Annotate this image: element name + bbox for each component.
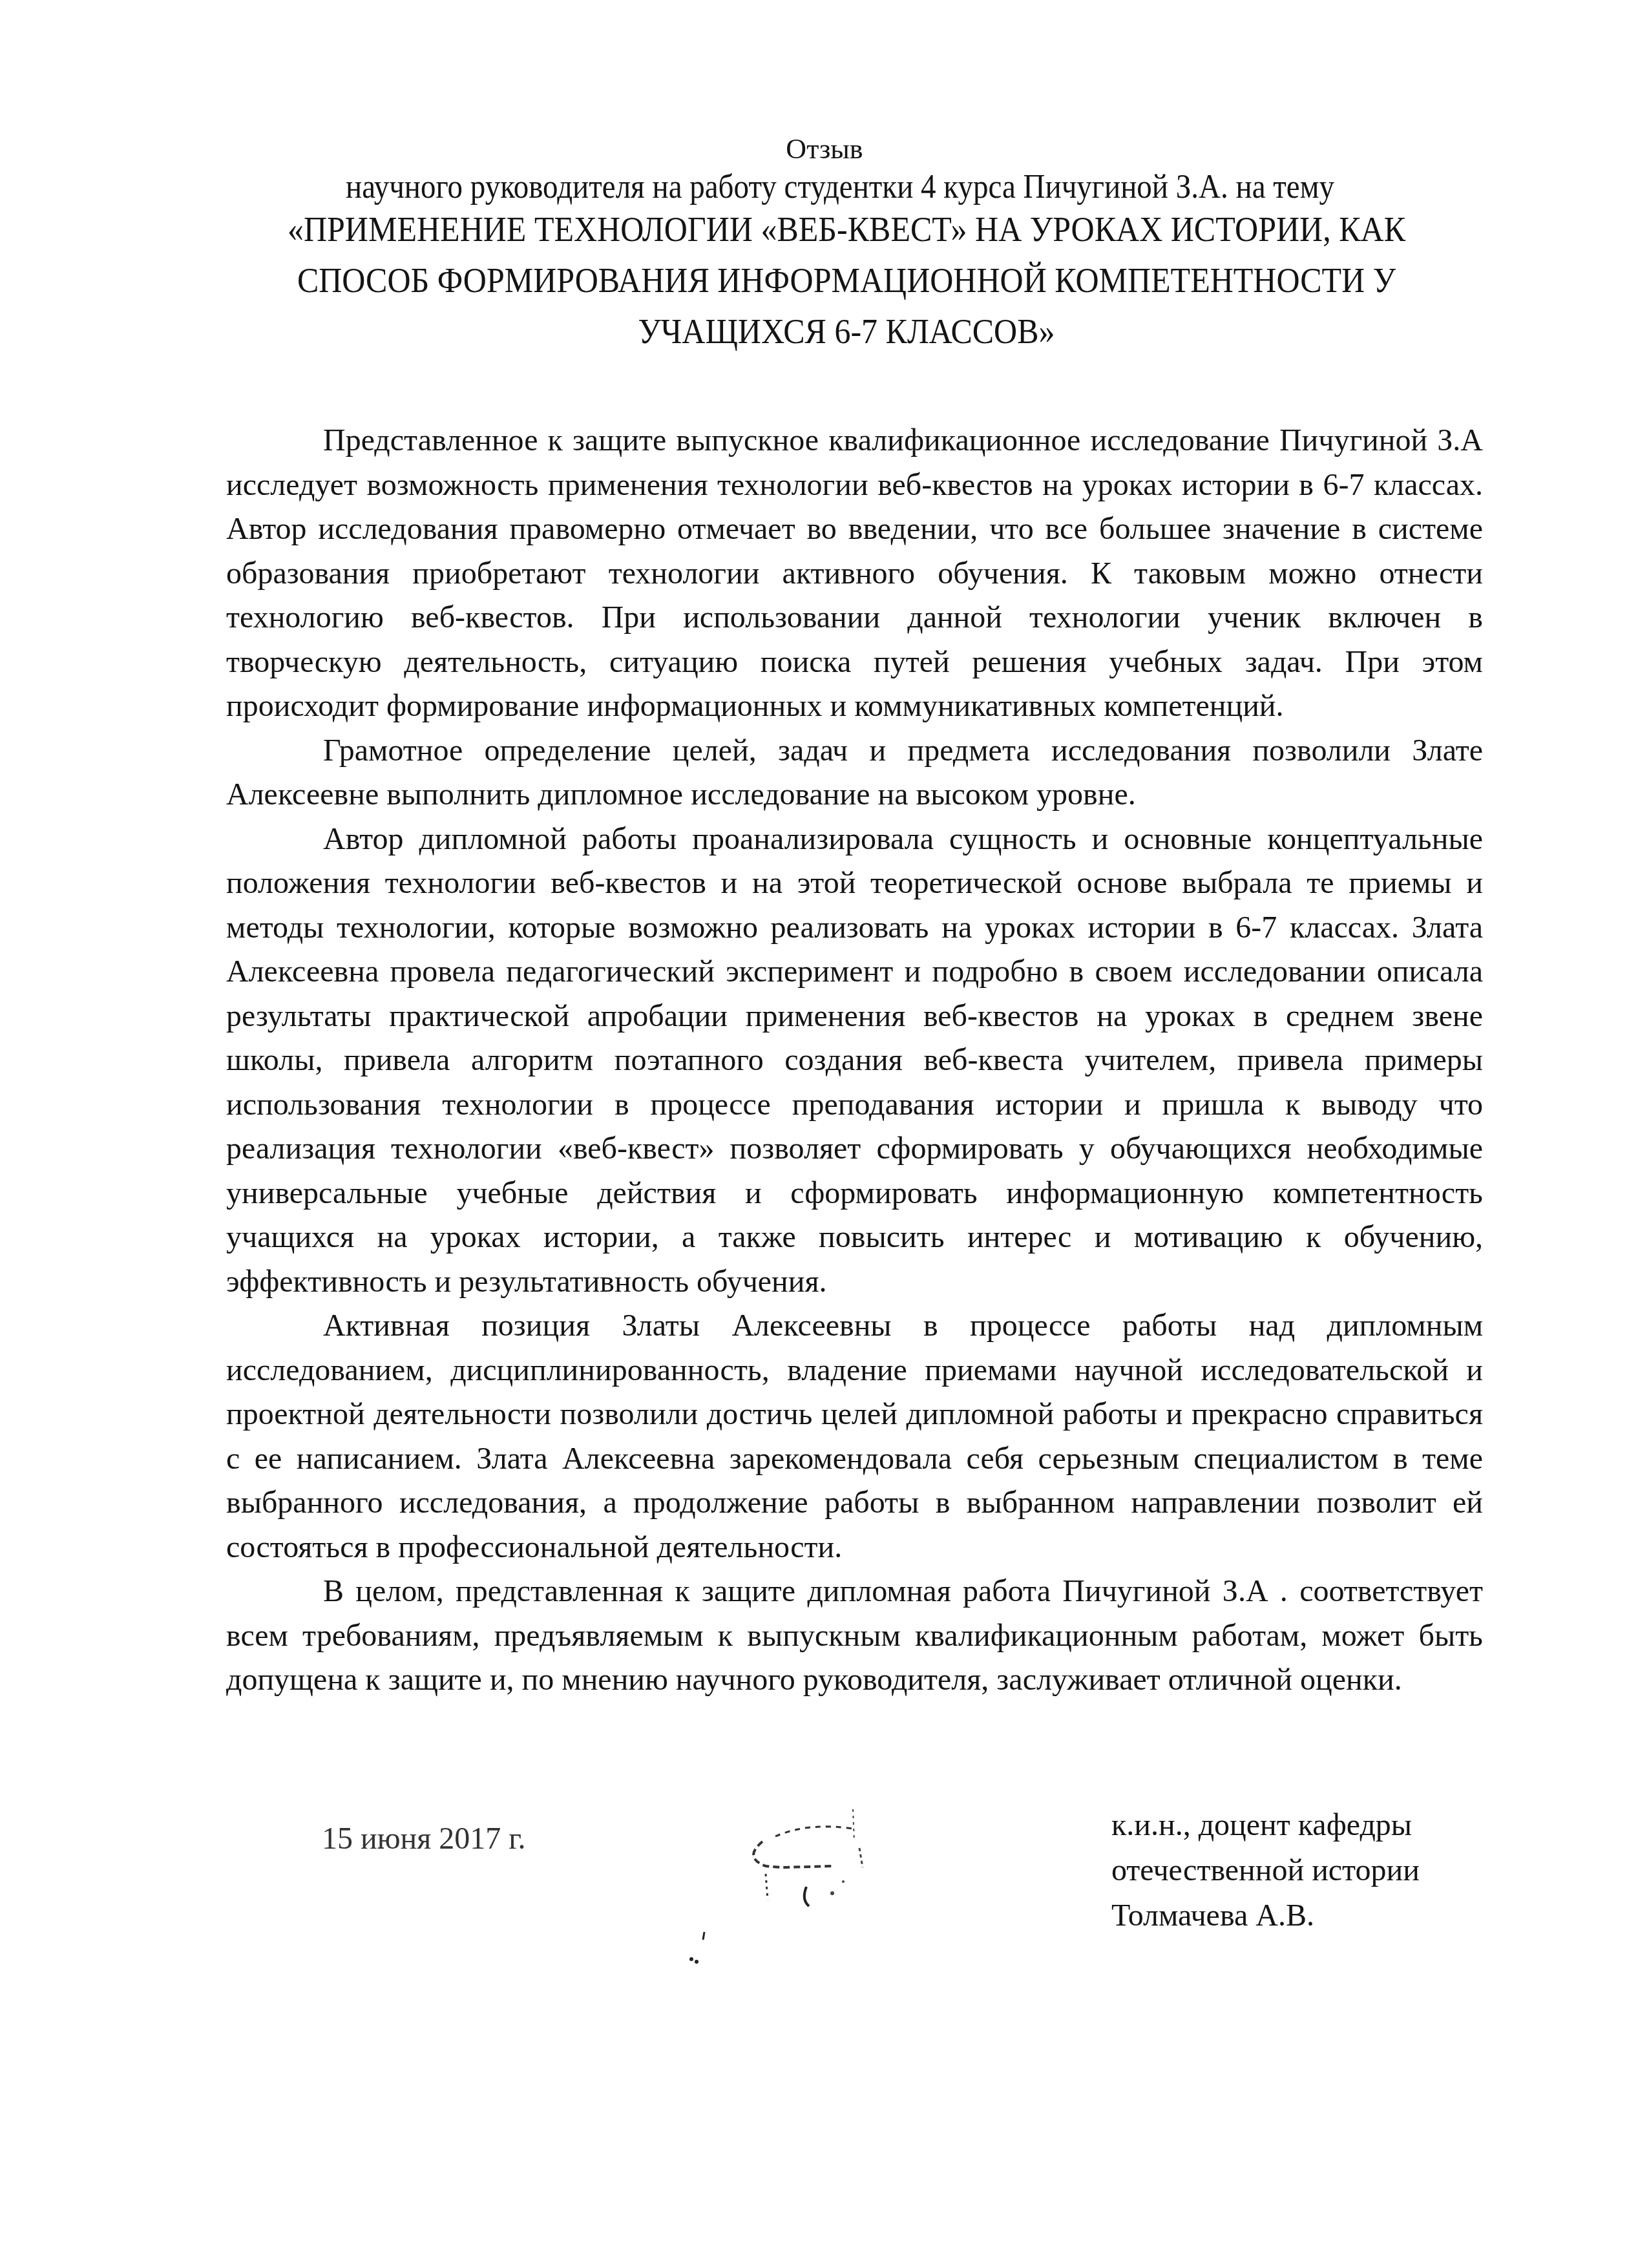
signer-info: к.и.н., доцент кафедры отечественной ист… bbox=[1111, 1803, 1420, 1938]
signature-icon bbox=[737, 1796, 943, 1926]
signer-name: Толмачева А.В. bbox=[1111, 1893, 1420, 1938]
review-date: 15 июня 2017 г. bbox=[322, 1821, 526, 1856]
signature-block: 15 июня 2017 г. к.и.н., доцент кафедры о… bbox=[0, 0, 1649, 2268]
signer-degree-position: к.и.н., доцент кафедры bbox=[1111, 1803, 1420, 1848]
signer-department: отечественной истории bbox=[1111, 1848, 1420, 1893]
document-page: Отзыв научного руководителя на работу ст… bbox=[0, 0, 1649, 2268]
scan-specks-icon bbox=[678, 1926, 730, 1977]
